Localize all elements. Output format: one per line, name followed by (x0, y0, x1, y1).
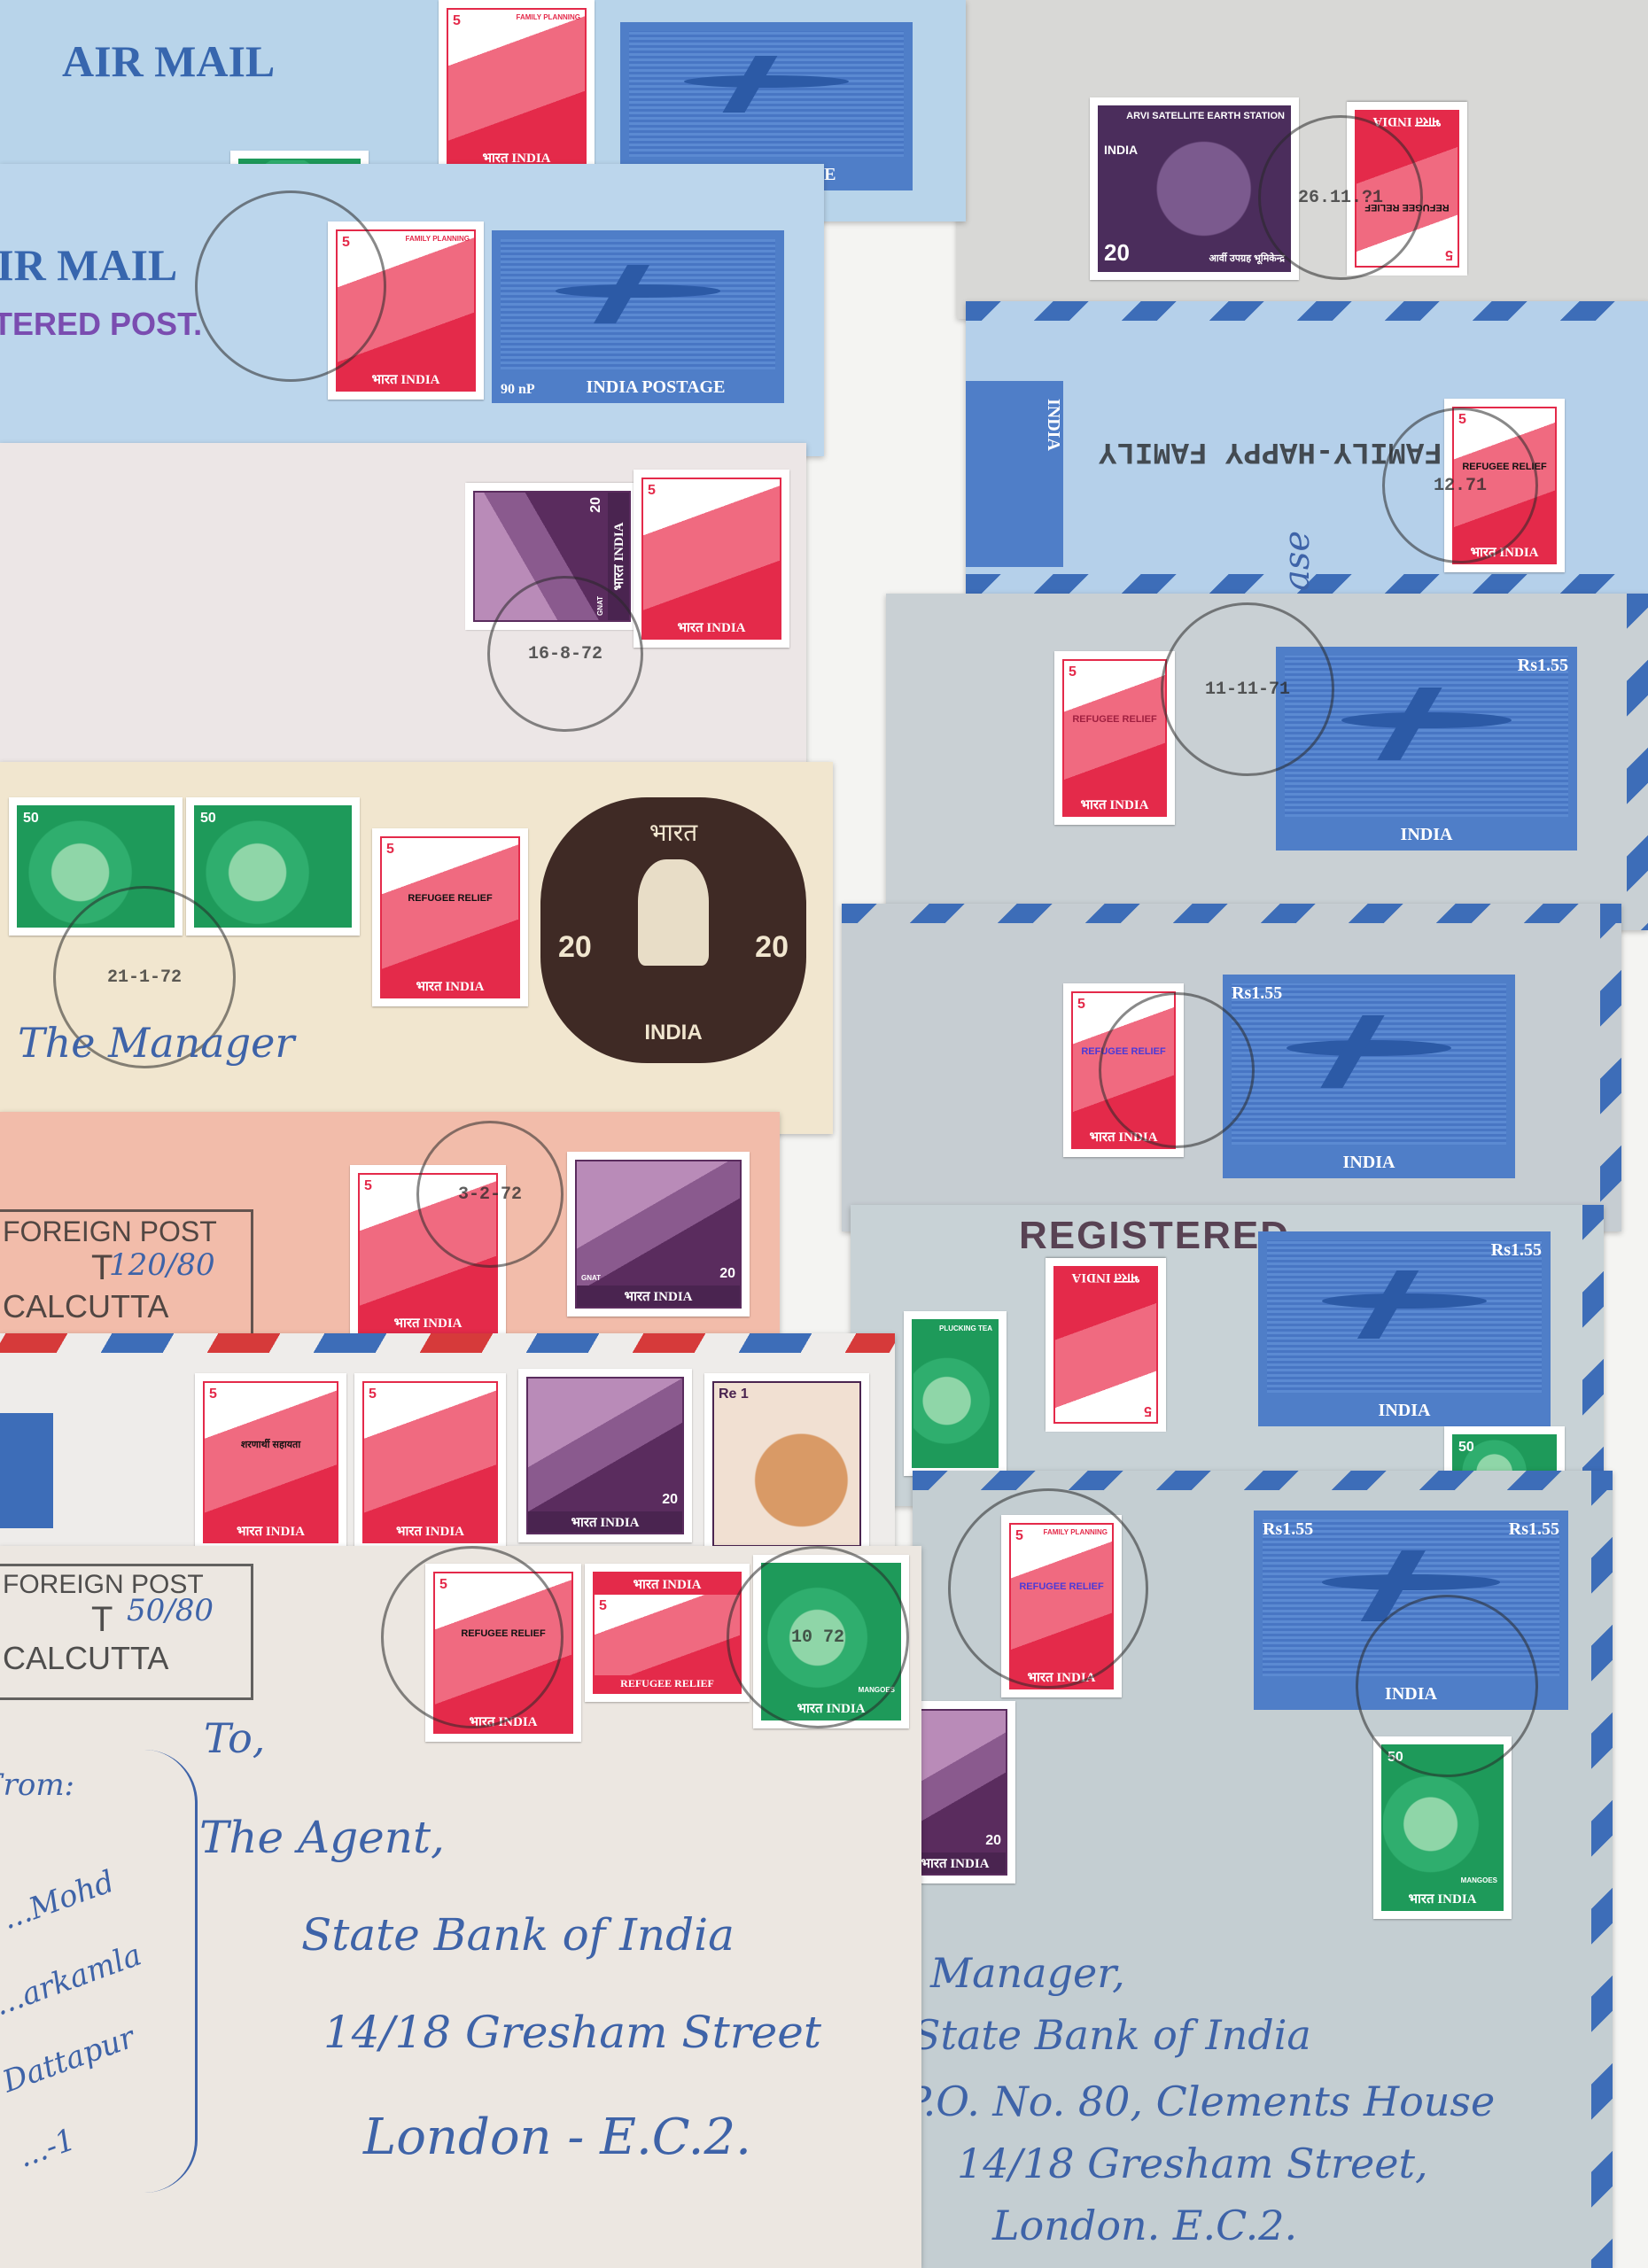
address-line-4: 14/18 Gresham Street, (957, 2140, 1428, 2187)
airmail-heading: AIR MAIL (0, 239, 177, 291)
stamp-family-planning-refugee: 5REFUGEE RELIEF भारत INDIA (372, 828, 528, 1006)
stamp-value: 20 (1104, 239, 1130, 267)
postmark: 10 72 (727, 1546, 909, 1728)
airmail-heading: AIR MAIL (62, 35, 275, 87)
foreign-post-box: FOREIGN POST T CALCUTTA 120/80 (0, 1209, 253, 1346)
registered-post: REGISTERED POST. (0, 306, 202, 343)
address-line-1: The Agent, (199, 1812, 445, 1863)
postmark (195, 190, 386, 382)
sender-line-1: From: (0, 1767, 74, 1803)
postmark: 26.11.?1 (1258, 115, 1423, 280)
indicia-rs155: Rs1.55 INDIA (1223, 975, 1515, 1178)
stamp-mangoes: 50 (186, 797, 360, 936)
stamp-plucking-tea: PLUCKING TEA (904, 1311, 1007, 1476)
envelope-grey-airmail-2: Rs1.55 INDIA 5 REFUGEE RELIEF भारत INDIA (842, 904, 1621, 1231)
sender-line-2: ...Mohd (0, 1864, 119, 1938)
stamp-country: INDIA (1104, 143, 1138, 157)
postmark: 3-2-72 (416, 1121, 564, 1268)
handwriting-manager: The Manager (18, 1019, 294, 1067)
sender-brace (124, 1750, 198, 2193)
address-line-1: Manager, (930, 1949, 1125, 1997)
envelope-grey-airmail-1: Rs1.55 INDIA 5 REFUGEE RELIEF भारत INDIA… (886, 594, 1648, 930)
indicia-airmail: INDIA (966, 381, 1063, 567)
postmark: 12.71 (1382, 408, 1538, 563)
stamp-family-planning-refugee-inverted: 5 भारत INDIA (1046, 1258, 1166, 1432)
stamp-gnat: 20 भारत INDIA (913, 1701, 1015, 1884)
stamp-gnat: 20GNAT भारत INDIA (567, 1152, 750, 1317)
sender-line-4: Dattapur (0, 2020, 139, 2101)
envelope-white: 20GNAT भारत INDIA 5 भारत INDIA 16-8-72 (0, 443, 806, 780)
envelope-airmail-2: AIR MAIL REGISTERED POST. 5FAMILY PLANNI… (0, 164, 824, 456)
stamp-family-planning-refugee: 5शरणार्थी सहायता भारत INDIA (195, 1373, 346, 1551)
sender-line-5: ...-1 (13, 2122, 80, 2175)
stamp-refugee-relief: भारत INDIA 5 REFUGEE RELIEF (585, 1564, 750, 1702)
stamp-family-planning-refugee: 5 REFUGEE RELIEF भारत INDIA (1054, 651, 1175, 825)
envelope-grey-top-right: 20 ARVI SATELLITE EARTH STATION INDIA आर… (957, 0, 1648, 319)
postmark (381, 1546, 564, 1728)
stamp-sculpture: Re 1 मध्ययुगीन मूर्तिकला (704, 1373, 869, 1573)
handwriting: ase (1277, 531, 1318, 591)
address-line-2: State Bank of India (913, 2011, 1311, 2059)
address-line-2: State Bank of India (301, 1909, 735, 1961)
address-line-3: 14/18 Gresham Street (323, 2007, 821, 2058)
postmark (1099, 992, 1255, 1148)
address-to: To, (204, 1714, 265, 1762)
address-line-4: London - E.C.2. (363, 2109, 751, 2166)
stamp-hindi: आर्वी उपग्रह भूमिकेन्द्र (1209, 252, 1286, 265)
stamp-gnat: 20 भारत INDIA (518, 1369, 692, 1542)
envelope-cream-stationery: 50 50 5REFUGEE RELIEF भारत INDIA भारत 20… (0, 762, 833, 1134)
envelope-front-right: Rs1.55 Rs1.55 INDIA 5 FAMILY PLANNING RE… (913, 1471, 1613, 2268)
envelope-pink: FOREIGN POST T CALCUTTA 120/80 5 भारत IN… (0, 1112, 780, 1351)
stamp-caption: ARVI SATELLITE EARTH STATION (1126, 111, 1285, 121)
postmark (1356, 1595, 1538, 1777)
address-line-3: P.O. No. 80, Clements House (913, 2078, 1495, 2125)
envelope-registered: REGISTERED Rs1.55 INDIA 5 भारत INDIA PLU… (851, 1205, 1604, 1506)
postmark (948, 1488, 1148, 1689)
stamp-family-planning: 5 भारत INDIA (354, 1373, 506, 1551)
indicia-ashoka: भारत 20 20 INDIA (540, 797, 806, 1063)
stamp-family-planning: 5FAMILY PLANNING भारत INDIA (439, 0, 595, 178)
envelope-front: FOREIGN POST T CALCUTTA 50/80 5REFUGEE R… (0, 1546, 921, 2268)
postmark: 16-8-72 (487, 576, 643, 732)
postmark: 11-11-71 (1161, 602, 1334, 776)
stamp-family-planning: 5 भारत INDIA (634, 470, 789, 648)
foreign-post-box: FOREIGN POST T CALCUTTA 50/80 (0, 1564, 253, 1700)
indicia-rs155: Rs1.55 INDIA (1258, 1231, 1551, 1426)
registered-stamp: REGISTERED (1019, 1214, 1290, 1258)
address-line-5: London. E.C.2. (992, 2202, 1297, 2249)
indicia-airplane: 90 nP INDIA POSTAGE (492, 230, 784, 403)
envelope-airmail-slogan: INDIA SMALL FAMILY-HAPPY FAMILY 5 REFUGE… (966, 301, 1648, 594)
